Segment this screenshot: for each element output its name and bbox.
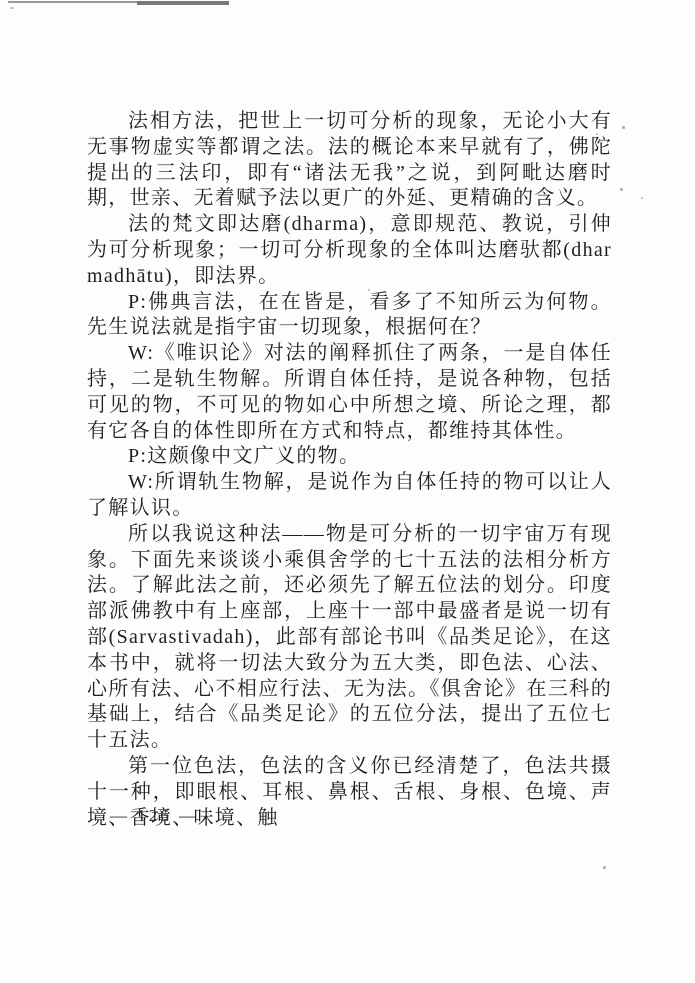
- scanned-page: 法相方法，把世上一切可分析的现象，无论小大有无事物虚实等都谓之法。法的概论本来早…: [0, 0, 695, 983]
- page-number: — 126 —: [110, 806, 199, 826]
- scan-edge-artifact: [137, 1, 229, 5]
- scan-edge-artifact: [8, 1, 138, 3]
- paragraph-answer-w2: W:所谓轨生物解，是说作为自体任持的物可以让人了解认识。: [87, 470, 612, 522]
- paragraph-seventy-five-dharmas: 所以我说这种法——物是可分析的一切宇宙万有现象。下面先来谈谈小乘俱舍学的七十五法…: [87, 522, 612, 754]
- scan-speckle: [603, 866, 606, 869]
- scan-speckle: [622, 126, 625, 129]
- paragraph-question-p2: P:这颇像中文广义的物。: [87, 444, 612, 470]
- paragraph-intro-dharma-method: 法相方法，把世上一切可分析的现象，无论小大有无事物虚实等都谓之法。法的概论本来早…: [87, 109, 612, 212]
- scan-speckle: [620, 188, 623, 191]
- paragraph-sanskrit-dharma: 法的梵文即达磨(dharma)，意即规范、教说，引伸为可分析现象；一切可分析现象…: [87, 212, 612, 289]
- paragraph-answer-w1: W:《唯识论》对法的阐释抓住了两条，一是自体任持，二是轨生物解。所谓自体任持，是…: [87, 341, 612, 444]
- scan-speckle: [641, 197, 643, 199]
- text-block: 法相方法，把世上一切可分析的现象，无论小大有无事物虚实等都谓之法。法的概论本来早…: [87, 109, 612, 831]
- paragraph-question-p1: P:佛典言法，在在皆是，看多了不知所云为何物。先生说法就是指宇宙一切现象，根据何…: [87, 290, 612, 342]
- scan-speckle: [10, 7, 14, 9]
